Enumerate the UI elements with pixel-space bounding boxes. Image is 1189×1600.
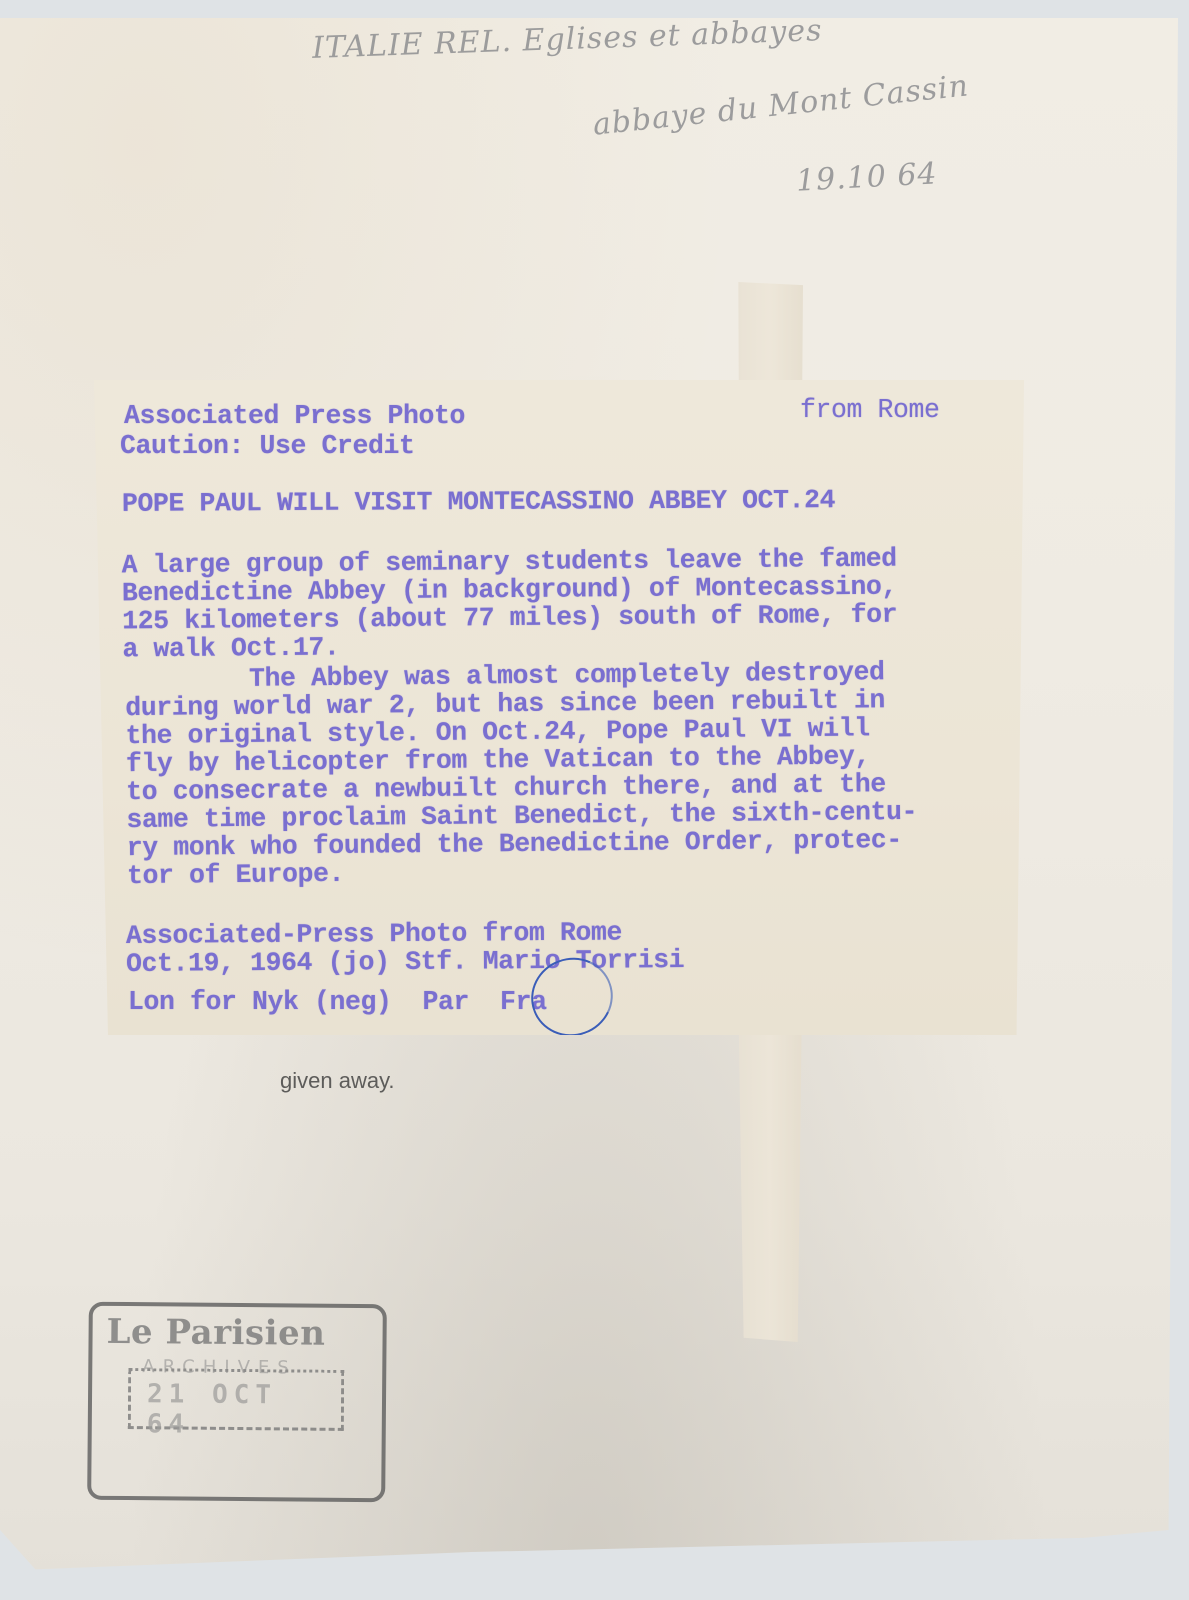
handwritten-note-date: 19.10 64 [795,156,938,198]
headline: POPE PAUL WILL VISIT MONTECASSINO ABBEY … [122,486,835,518]
stamp-date-box: 21 OCT 64 [128,1368,345,1431]
caption-body-paragraph-2: The Abbey was almost completely destroye… [125,658,918,890]
archive-stamp: Le Parisien ARCHIVES 21 OCT 64 [87,1302,387,1503]
stamp-title: Le Parisien [106,1312,325,1354]
origin-line: from Rome [800,396,940,424]
agency-line: Associated Press Photo [124,402,465,430]
stamp-date: 21 OCT 64 [147,1379,342,1441]
ap-caption-slip: Associated Press Photo Caution: Use Cred… [94,380,1024,1035]
caution-line: Caution: Use Credit [120,432,415,460]
routing-line: Lon for Nyk (neg) Par Fra [128,988,547,1016]
caption-body-paragraph-1: A large group of seminary students leave… [122,545,898,664]
printed-notice-line: given away. [280,1068,395,1094]
